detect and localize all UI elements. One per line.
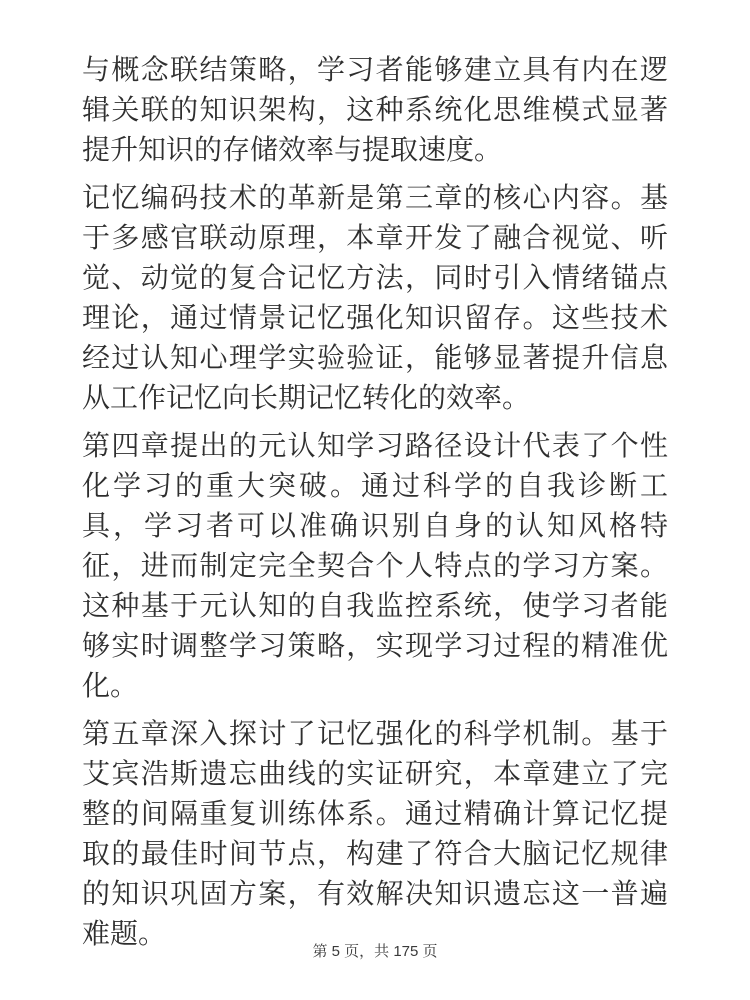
document-page: 与概念联结策略，学习者能够建立具有内在逻辑关联的知识架构，这种系统化思维模式显著… [0, 0, 750, 1000]
body-paragraph: 第四章提出的元认知学习路径设计代表了个性化学习的重大突破。通过科学的自我诊断工具… [82, 426, 668, 706]
page-number-indicator: 第 5 页，共 175 页 [0, 941, 750, 963]
body-paragraph: 与概念联结策略，学习者能够建立具有内在逻辑关联的知识架构，这种系统化思维模式显著… [82, 50, 668, 170]
page-body-text: 与概念联结策略，学习者能够建立具有内在逻辑关联的知识架构，这种系统化思维模式显著… [82, 50, 668, 962]
body-paragraph: 第五章深入探讨了记忆强化的科学机制。基于艾宾浩斯遗忘曲线的实证研究，本章建立了完… [82, 714, 668, 954]
body-paragraph: 记忆编码技术的革新是第三章的核心内容。基于多感官联动原理，本章开发了融合视觉、听… [82, 178, 668, 418]
